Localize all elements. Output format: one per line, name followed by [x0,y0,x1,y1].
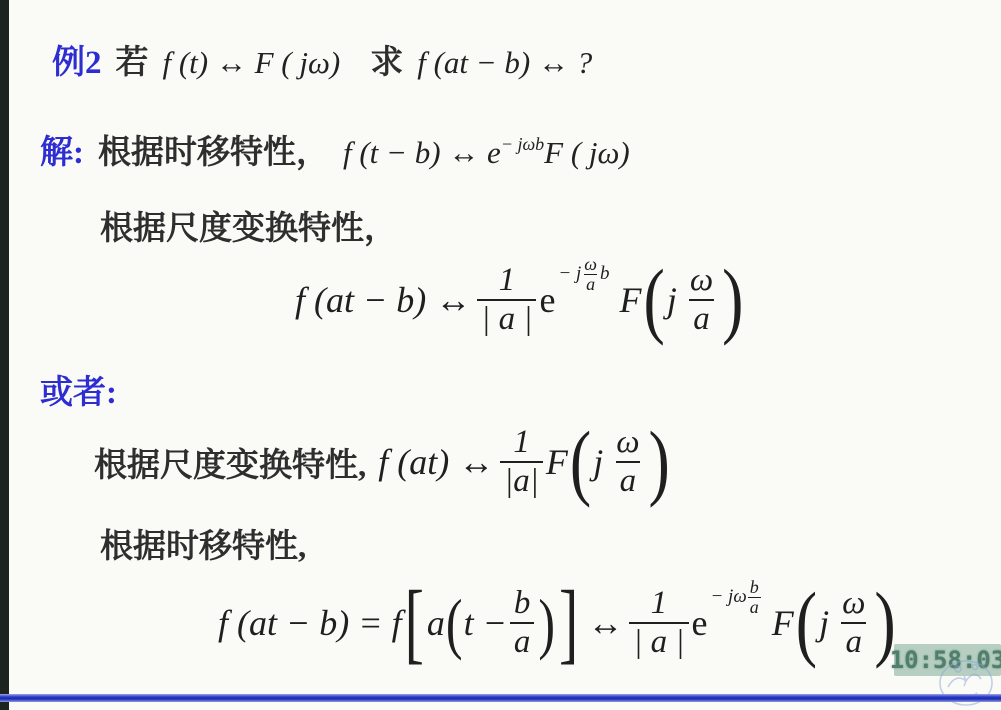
close-paren: ) [722,258,743,342]
text-if: 若 [116,45,149,81]
exponent-fraction-omega-over-a: ω a [582,255,599,294]
fraction-one-over-abs-a: 1 | a | [477,262,536,338]
open-paren: ( [796,581,817,665]
math-shift-post: F ( jω) [544,135,630,170]
fraction-numerator: b [510,585,535,622]
time-shift-property-line: 根据时移特性, [100,520,306,567]
argument-fraction-omega-over-a: ω a [612,424,643,500]
exponent-block: − jω b a [710,578,761,617]
math-F: F [620,279,642,321]
text-find: 求 [370,45,403,81]
bottom-divider-line [0,694,1001,702]
fraction-numerator: 1 [495,262,520,299]
formula-result-method1: f (at − b) ↔ 1 | a | e − j ω a b F ( j ω… [295,246,745,354]
exponent-fraction-b-over-a: b a [748,578,761,617]
math-j: j [593,441,603,483]
fraction-denominator: a [841,622,866,661]
fraction-numerator: ω [838,585,869,622]
text-scaling-property: 根据尺度变换特性, [94,439,366,486]
math-e: e [692,602,708,644]
scaling-property-line: 根据尺度变换特性， [100,202,397,249]
fraction-denominator: a [584,274,597,294]
exponent-prefix: − j [558,263,581,285]
fraction-numerator: 1 [509,424,534,461]
inner-fraction-b-over-a: b a [510,585,535,661]
math-j: j [667,279,677,321]
math-question: f (at − b) ↔ ? [417,45,592,80]
exponent-block: − j ω a b [558,255,609,294]
fraction-denominator: | a | [477,299,536,338]
exponent-prefix: − jω [710,586,746,608]
fraction-numerator: ω [612,424,643,461]
close-paren-inner: ) [538,589,555,657]
open-bracket: [ [405,578,424,668]
left-border-strip [0,0,9,710]
close-paren: ) [649,420,670,504]
alternative-label-line: 或者: [40,366,117,413]
text-time-shift-property: 根据时移特性, [100,529,306,565]
math-lhs: f (at − b) ↔ [295,279,471,321]
open-paren-inner: ( [446,589,463,657]
argument-fraction-omega-over-a: ω a [686,262,717,338]
text-time-shift-property: 根据时移特性， [98,135,329,171]
fraction-numerator: ω [582,255,599,274]
fraction-denominator: | a | [629,622,688,661]
exponent-suffix: b [600,263,610,285]
open-paren: ( [644,258,665,342]
close-bracket: ] [559,578,578,668]
math-F: F [772,602,794,644]
fraction-numerator: 1 [647,585,672,622]
math-arrow: ↔ [587,602,623,644]
math-shift-pre: f (t − b) ↔ e [343,135,501,170]
math-a: a [427,602,445,644]
math-lhs: f (at − b) = f [218,602,402,644]
formula-result-method2: f (at − b) = f [ a ( t − b a ) ] ↔ 1 | a… [218,562,898,684]
fraction-denominator: a [748,597,761,617]
or-label: 或者: [40,375,117,411]
example-label: 例2 [52,45,102,81]
argument-fraction-omega-over-a: ω a [838,585,869,661]
open-paren: ( [570,420,591,504]
video-frame: 例2 若 f (t) ↔ F ( jω) 求 f (at − b) ↔ ? 解:… [0,0,1001,710]
math-shift-exponent: − jωb [501,134,544,154]
math-F: F [546,441,568,483]
fraction-denominator: |a| [500,461,543,500]
solution-line: 解: 根据时移特性， f (t − b) ↔ e− jωbF ( jω) [40,126,630,173]
fraction-denominator: a [510,622,535,661]
math-j: j [819,602,829,644]
fraction-one-over-abs-a: 1 | a | [629,585,688,661]
fraction-numerator: b [748,578,761,597]
math-t-minus: t − [464,602,507,644]
math-e: e [539,279,555,321]
problem-statement-line: 例2 若 f (t) ↔ F ( jω) 求 f (at − b) ↔ ? [52,36,592,83]
fraction-denominator: a [689,299,714,338]
fraction-one-over-abs-a: 1 |a| [500,424,543,500]
fraction-denominator: a [616,461,641,500]
solve-label: 解: [40,135,84,171]
math-lhs: f (at) ↔ [378,441,494,483]
text-scaling-property: 根据尺度变换特性， [100,211,397,247]
scaling-first-line: 根据尺度变换特性, f (at) ↔ 1 |a| F ( j ω a ) [94,412,672,512]
fraction-numerator: ω [686,262,717,299]
math-known-pair: f (t) ↔ F ( jω) [163,45,341,80]
